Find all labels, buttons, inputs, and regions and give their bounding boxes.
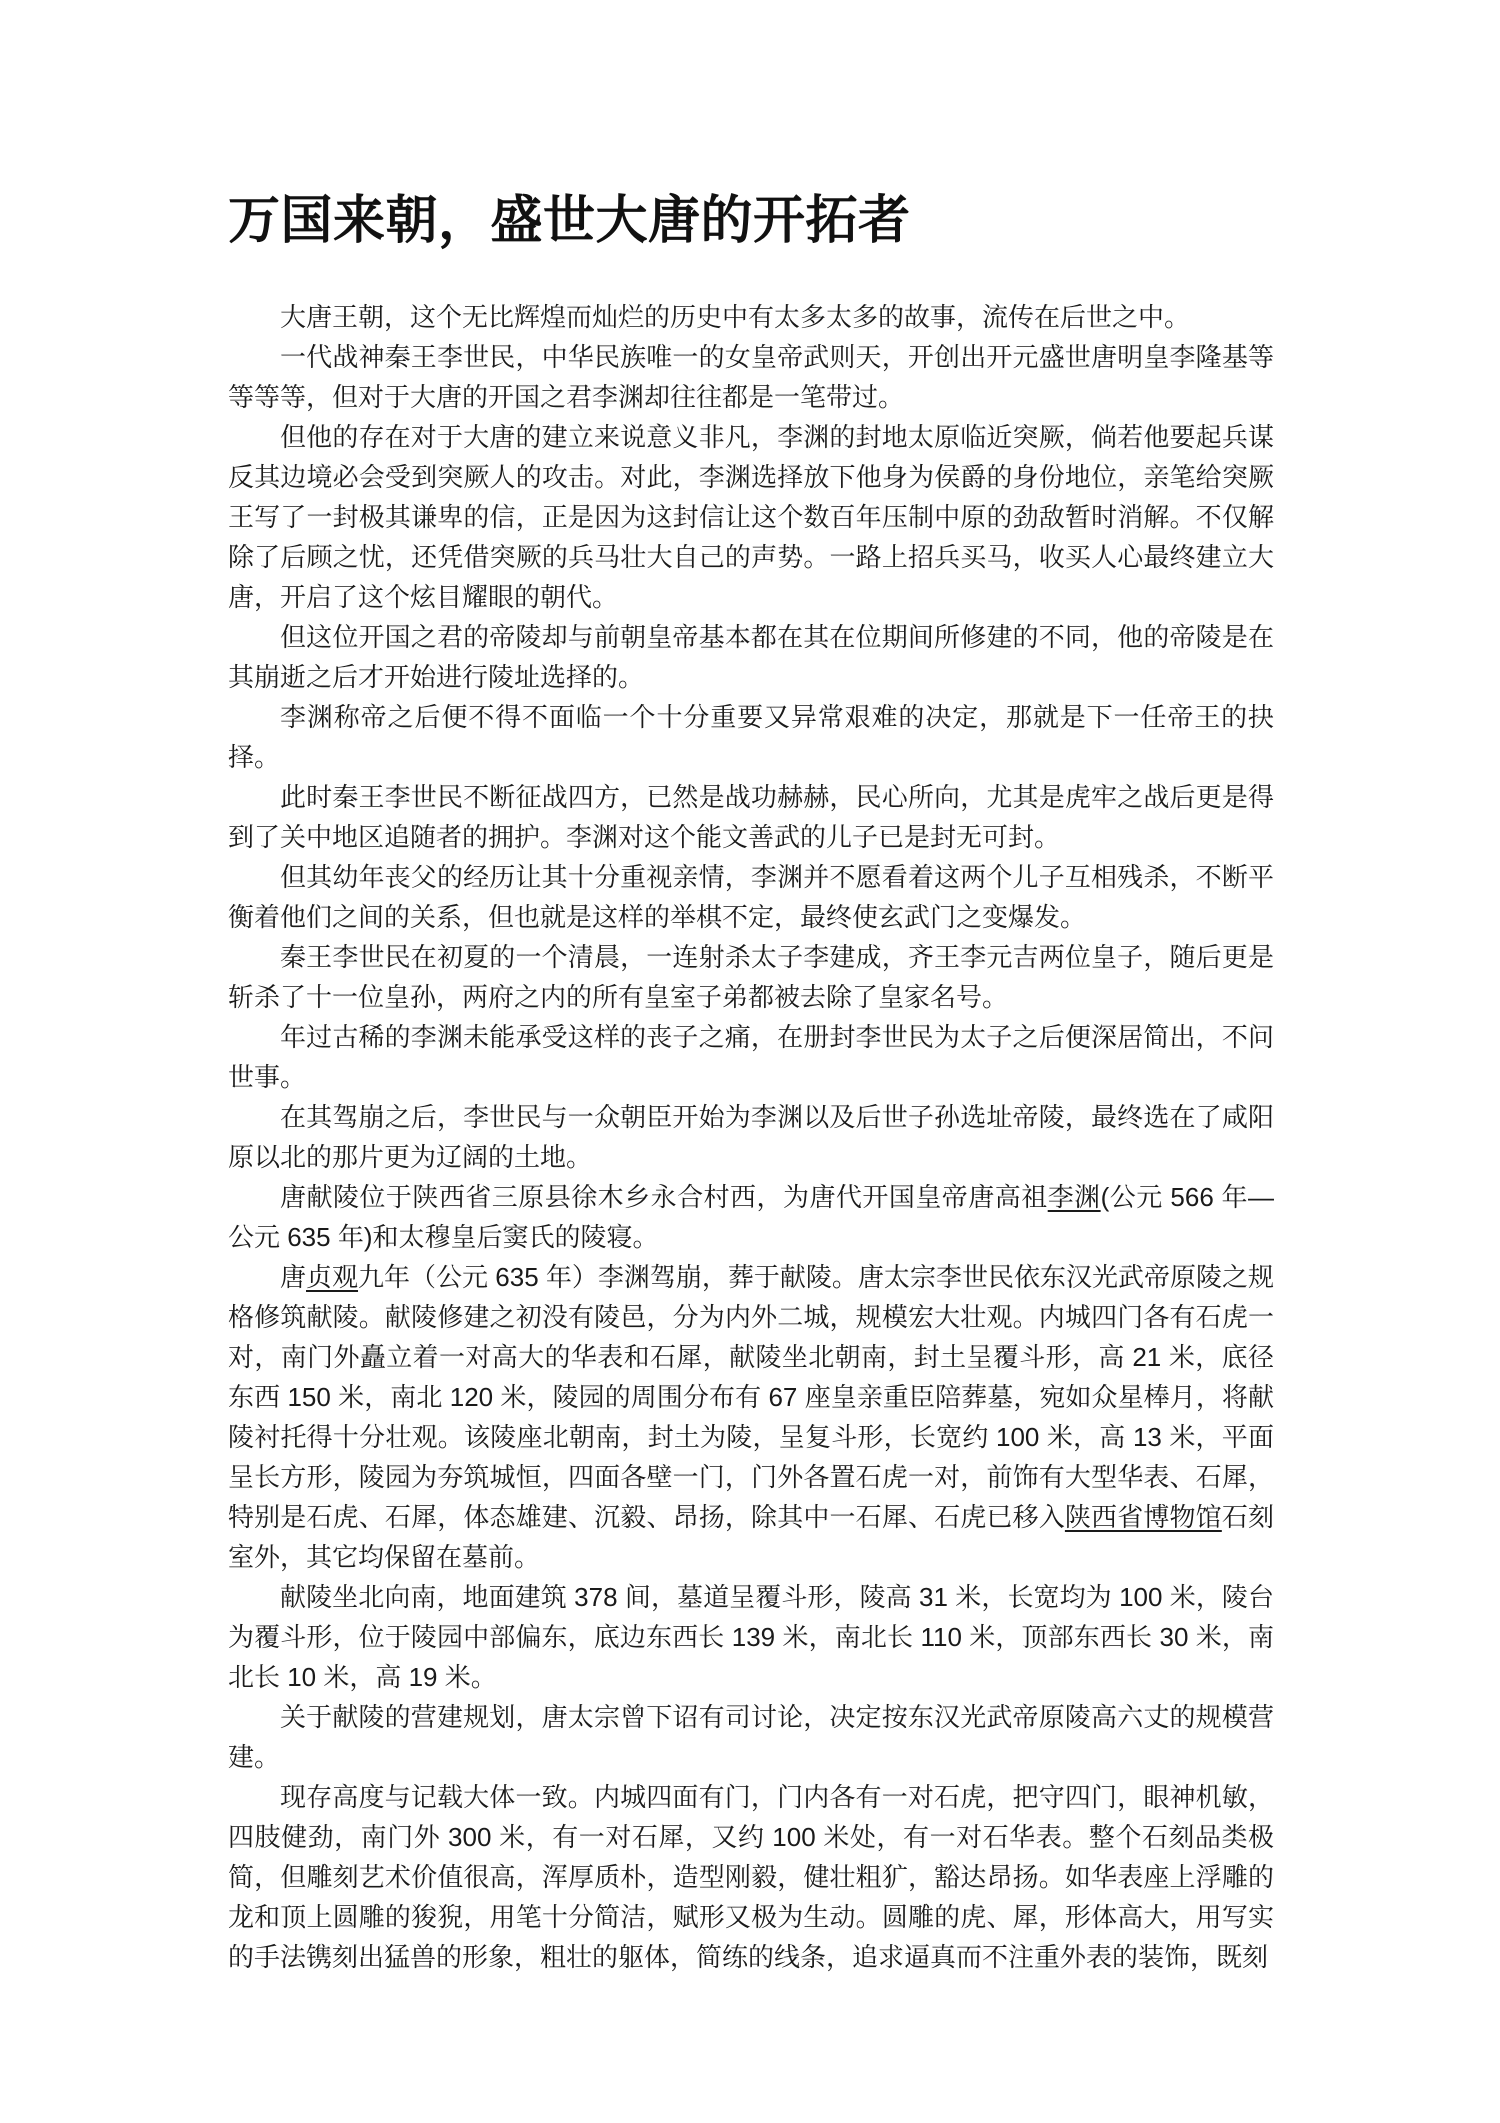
underlined-text: 贞观 (306, 1262, 358, 1292)
paragraph: 一代战神秦王李世民，中华民族唯一的女皇帝武则天，开创出开元盛世唐明皇李隆基等等等… (228, 337, 1274, 417)
text-run: 献陵坐北向南，地面建筑 378 间，墓道呈覆斗形，陵高 31 米，长宽均为 10… (228, 1582, 1274, 1692)
text-run: 但这位开国之君的帝陵却与前朝皇帝基本都在其在位期间所修建的不同，他的帝陵是在其崩… (228, 622, 1274, 692)
text-run: 但其幼年丧父的经历让其十分重视亲情，李渊并不愿看着这两个儿子互相残杀，不断平衡着… (228, 862, 1274, 932)
text-run: 唐 (280, 1262, 306, 1292)
underlined-text: 陕西省博物馆 (1065, 1502, 1222, 1532)
text-run: 此时秦王李世民不断征战四方，已然是战功赫赫，民心所向，尤其是虎牢之战后更是得到了… (228, 782, 1274, 852)
text-run: 李渊称帝之后便不得不面临一个十分重要又异常艰难的决定，那就是下一任帝王的抉择。 (228, 702, 1274, 772)
paragraph: 此时秦王李世民不断征战四方，已然是战功赫赫，民心所向，尤其是虎牢之战后更是得到了… (228, 777, 1274, 857)
text-run: 大唐王朝，这个无比辉煌而灿烂的历史中有太多太多的故事，流传在后世之中。 (280, 302, 1190, 332)
paragraph: 唐献陵位于陕西省三原县徐木乡永合村西，为唐代开国皇帝唐高祖李渊(公元 566 年… (228, 1177, 1274, 1257)
paragraph: 献陵坐北向南，地面建筑 378 间，墓道呈覆斗形，陵高 31 米，长宽均为 10… (228, 1577, 1274, 1697)
paragraph: 年过古稀的李渊未能承受这样的丧子之痛，在册封李世民为太子之后便深居简出，不问世事… (228, 1017, 1274, 1097)
paragraph: 关于献陵的营建规划，唐太宗曾下诏有司讨论，决定按东汉光武帝原陵高六丈的规模营建。 (228, 1697, 1274, 1777)
paragraph: 在其驾崩之后，李世民与一众朝臣开始为李渊以及后世子孙选址帝陵，最终选在了咸阳原以… (228, 1097, 1274, 1177)
text-run: 现存高度与记载大体一致。内城四面有门，门内各有一对石虎，把守四门，眼神机敏，四肢… (228, 1782, 1274, 1972)
paragraph: 唐贞观九年（公元 635 年）李渊驾崩，葬于献陵。唐太宗李世民依东汉光武帝原陵之… (228, 1257, 1274, 1577)
underlined-text: 李渊 (1048, 1182, 1101, 1212)
paragraph: 但他的存在对于大唐的建立来说意义非凡，李渊的封地太原临近突厥，倘若他要起兵谋反其… (228, 417, 1274, 617)
paragraph: 李渊称帝之后便不得不面临一个十分重要又异常艰难的决定，那就是下一任帝王的抉择。 (228, 697, 1274, 777)
paragraph: 秦王李世民在初夏的一个清晨，一连射杀太子李建成，齐王李元吉两位皇子，随后更是斩杀… (228, 937, 1274, 1017)
text-run: 秦王李世民在初夏的一个清晨，一连射杀太子李建成，齐王李元吉两位皇子，随后更是斩杀… (228, 942, 1274, 1012)
paragraph: 现存高度与记载大体一致。内城四面有门，门内各有一对石虎，把守四门，眼神机敏，四肢… (228, 1777, 1274, 1977)
text-run: 唐献陵位于陕西省三原县徐木乡永合村西，为唐代开国皇帝唐高祖 (280, 1182, 1048, 1212)
text-run: 关于献陵的营建规划，唐太宗曾下诏有司讨论，决定按东汉光武帝原陵高六丈的规模营建。 (228, 1702, 1274, 1772)
paragraph: 但其幼年丧父的经历让其十分重视亲情，李渊并不愿看着这两个儿子互相残杀，不断平衡着… (228, 857, 1274, 937)
text-run: 年过古稀的李渊未能承受这样的丧子之痛，在册封李世民为太子之后便深居简出，不问世事… (228, 1022, 1274, 1092)
document-title: 万国来朝，盛世大唐的开拓者 (228, 192, 911, 252)
text-run: 但他的存在对于大唐的建立来说意义非凡，李渊的封地太原临近突厥，倘若他要起兵谋反其… (228, 422, 1274, 612)
text-run: 在其驾崩之后，李世民与一众朝臣开始为李渊以及后世子孙选址帝陵，最终选在了咸阳原以… (228, 1102, 1274, 1172)
paragraph: 但这位开国之君的帝陵却与前朝皇帝基本都在其在位期间所修建的不同，他的帝陵是在其崩… (228, 617, 1274, 697)
paragraph: 大唐王朝，这个无比辉煌而灿烂的历史中有太多太多的故事，流传在后世之中。 (228, 297, 1274, 337)
document-body: 大唐王朝，这个无比辉煌而灿烂的历史中有太多太多的故事，流传在后世之中。一代战神秦… (228, 297, 1274, 1977)
text-run: 九年（公元 635 年）李渊驾崩，葬于献陵。唐太宗李世民依东汉光武帝原陵之规格修… (228, 1262, 1274, 1532)
document-page: 万国来朝，盛世大唐的开拓者 大唐王朝，这个无比辉煌而灿烂的历史中有太多太多的故事… (0, 0, 1500, 2123)
text-run: 一代战神秦王李世民，中华民族唯一的女皇帝武则天，开创出开元盛世唐明皇李隆基等等等… (228, 342, 1274, 412)
